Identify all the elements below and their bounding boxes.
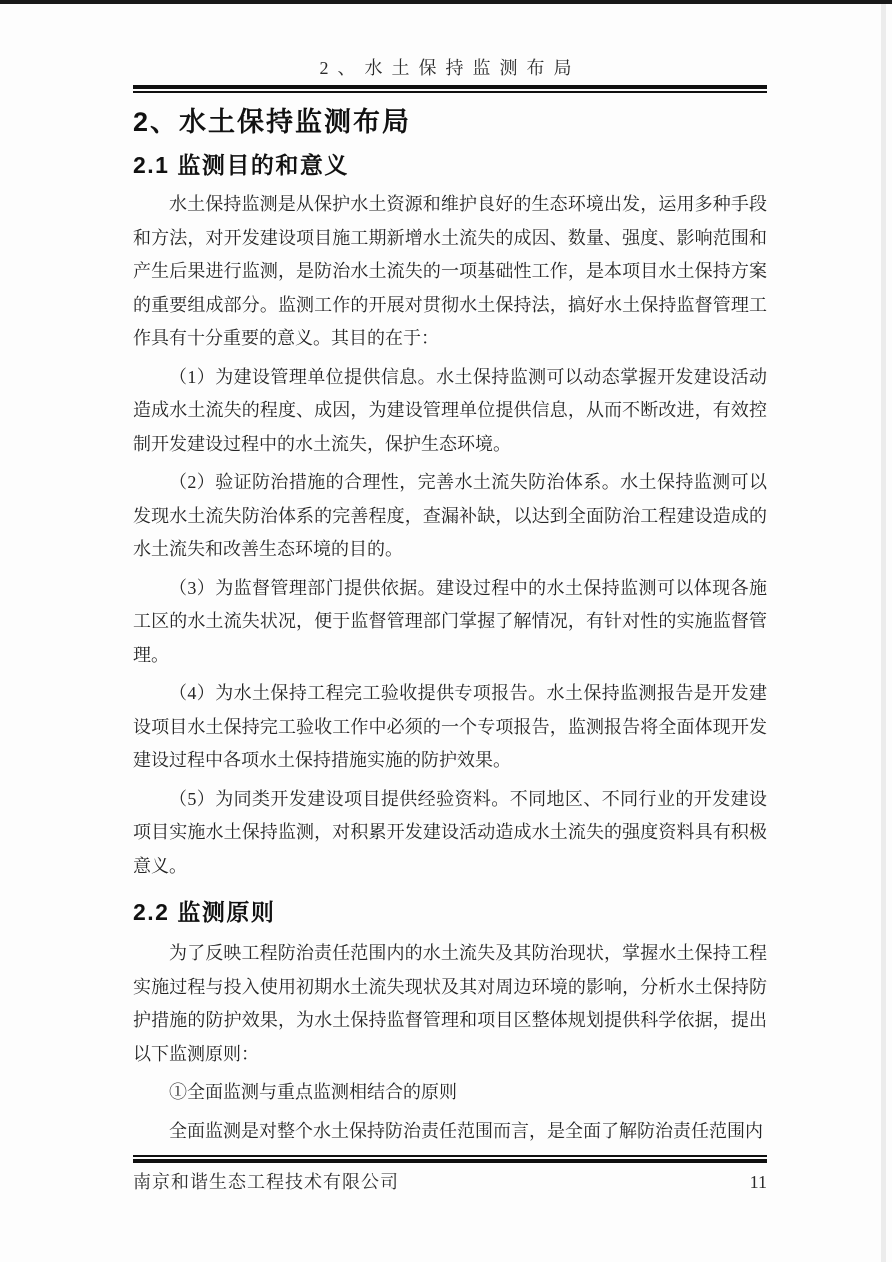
page-footer: 南京和谐生态工程技术有限公司 11: [133, 1169, 767, 1195]
footer-company-name: 南京和谐生态工程技术有限公司: [133, 1169, 399, 1195]
paragraph-principle-1-title: ①全面监测与重点监测相结合的原则: [133, 1076, 767, 1110]
chapter-heading: 2、水土保持监测布局: [133, 106, 767, 138]
page-content: 2、水土保持监测布局 2、水土保持监测布局 2.1 监测目的和意义 水土保持监测…: [133, 0, 767, 1195]
paragraph-item-2: （2）验证防治措施的合理性，完善水土流失防治体系。水土保持监测可以发现水土流失防…: [133, 466, 767, 567]
paragraph-item-3: （3）为监督管理部门提供依据。建设过程中的水土保持监测可以体现各施工区的水土流失…: [133, 572, 767, 673]
paragraph-item-5: （5）为同类开发建设项目提供经验资料。不同地区、不同行业的开发建设项目实施水土保…: [133, 783, 767, 884]
paragraph-principles-intro: 为了反映工程防治责任范围内的水土流失及其防治现状，掌握水土保持工程实施过程与投入…: [133, 937, 767, 1071]
section-2-2-body: 为了反映工程防治责任范围内的水土流失及其防治现状，掌握水土保持工程实施过程与投入…: [133, 937, 767, 1148]
scan-right-edge-shadow: [881, 4, 886, 1262]
section-2-1-body: 水土保持监测是从保护水土资源和维护良好的生态环境出发，运用多种手段和方法，对开发…: [133, 188, 767, 883]
section-heading-2-2: 2.2 监测原则: [133, 897, 767, 927]
paragraph-principle-1-text: 全面监测是对整个水土保持防治责任范围而言，是全面了解防治责任范围内: [133, 1115, 767, 1149]
footer-page-number: 11: [750, 1169, 767, 1195]
section-heading-2-1: 2.1 监测目的和意义: [133, 150, 767, 180]
paragraph-item-4: （4）为水土保持工程完工验收提供专项报告。水土保持监测报告是开发建设项目水土保持…: [133, 677, 767, 778]
header-divider-rule: [133, 85, 767, 93]
paragraph-item-1: （1）为建设管理单位提供信息。水土保持监测可以动态掌握开发建设活动造成水土流失的…: [133, 361, 767, 462]
paragraph-intro: 水土保持监测是从保护水土资源和维护良好的生态环境出发，运用多种手段和方法，对开发…: [133, 188, 767, 356]
footer-divider-rule: [133, 1155, 767, 1163]
document-page: { "page_header": { "title": "2、水土保持监测布局"…: [0, 0, 892, 1262]
page-header-title: 2、水土保持监测布局: [133, 0, 767, 80]
